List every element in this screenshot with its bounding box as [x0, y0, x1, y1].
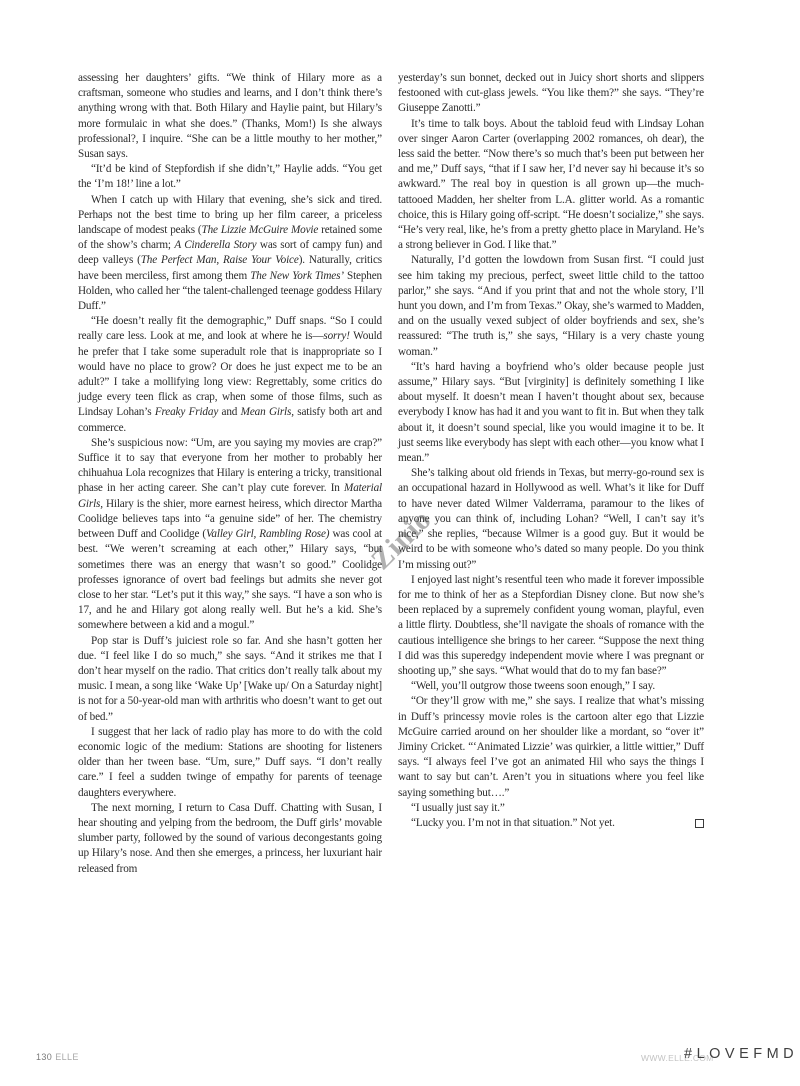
text-run: assessing her daughters’ gifts. “We thin…: [78, 72, 382, 160]
text-run: I enjoyed last night’s resentful teen wh…: [398, 574, 704, 677]
text-run: I suggest that her lack of radio play ha…: [78, 726, 382, 799]
article-paragraph: When I catch up with Hilary that evening…: [78, 193, 382, 315]
text-run: It’s time to talk boys. About the tabloi…: [398, 118, 704, 252]
article-paragraph: “It’d be kind of Stepfordish if she didn…: [78, 162, 382, 192]
italic-text-run: Valley Girl, Rambling Rose): [206, 528, 329, 540]
article-paragraph: “I usually just say it.”: [398, 801, 704, 816]
italic-text-run: Mean Girls,: [241, 406, 294, 418]
text-run: The next morning, I return to Casa Duff.…: [78, 802, 382, 875]
article-paragraph: I suggest that her lack of radio play ha…: [78, 725, 382, 801]
article-paragraph: yesterday’s sun bonnet, decked out in Ju…: [398, 71, 704, 117]
text-run: “It’d be kind of Stepfordish if she didn…: [78, 163, 382, 190]
article-paragraph: “He doesn’t really fit the demographic,”…: [78, 314, 382, 436]
text-run: “Or they’ll grow with me,” she says. I r…: [398, 695, 704, 798]
text-run: Pop star is Duff’s juiciest role so far.…: [78, 635, 382, 723]
text-run: “Well, you’ll outgrow those tweens soon …: [411, 680, 655, 692]
article-paragraph: “It’s hard having a boyfriend who’s olde…: [398, 360, 704, 466]
text-run: and: [218, 406, 241, 418]
italic-text-run: Freaky Friday: [155, 406, 218, 418]
footer-hashtag: #LOVEFMD: [684, 1046, 798, 1062]
article-paragraph: The next morning, I return to Casa Duff.…: [78, 801, 382, 877]
article-paragraph: I enjoyed last night’s resentful teen wh…: [398, 573, 704, 679]
magazine-page: assessing her daughters’ gifts. “We thin…: [0, 0, 800, 1086]
footer-folio-left: 130ELLE: [36, 1052, 79, 1062]
text-run: She’s suspicious now: “Um, are you sayin…: [78, 437, 382, 495]
article-paragraph: “Well, you’ll outgrow those tweens soon …: [398, 679, 704, 694]
article-paragraph: “Lucky you. I’m not in that situation.” …: [398, 816, 704, 831]
magazine-brand: ELLE: [55, 1052, 79, 1062]
text-run: was cool at best. “We weren’t screaming …: [78, 528, 382, 631]
page-number: 130: [36, 1052, 52, 1062]
text-run: “I usually just say it.”: [411, 802, 505, 814]
article-paragraph: She’s talking about old friends in Texas…: [398, 466, 704, 572]
text-run: She’s talking about old friends in Texas…: [398, 467, 704, 570]
text-run: “It’s hard having a boyfriend who’s olde…: [398, 361, 704, 464]
italic-text-run: sorry!: [323, 330, 349, 342]
italic-text-run: The Lizzie McGuire Movie: [202, 224, 319, 236]
end-of-article-square-icon: [695, 819, 704, 828]
italic-text-run: A Cinderella Story: [174, 239, 256, 251]
article-paragraph: assessing her daughters’ gifts. “We thin…: [78, 71, 382, 162]
text-run: “Lucky you. I’m not in that situation.” …: [411, 817, 615, 829]
article-paragraph: Naturally, I’d gotten the lowdown from S…: [398, 253, 704, 359]
article-paragraph: “Or they’ll grow with me,” she says. I r…: [398, 694, 704, 800]
italic-text-run: The Perfect Man, Raise Your Voice: [141, 254, 299, 266]
text-run: yesterday’s sun bonnet, decked out in Ju…: [398, 72, 704, 114]
article-column-left: assessing her daughters’ gifts. “We thin…: [78, 71, 382, 877]
text-run: Naturally, I’d gotten the lowdown from S…: [398, 254, 704, 357]
article-paragraph: She’s suspicious now: “Um, are you sayin…: [78, 436, 382, 634]
article-paragraph: Pop star is Duff’s juiciest role so far.…: [78, 634, 382, 725]
italic-text-run: The New York Times’: [250, 270, 344, 282]
article-column-right: yesterday’s sun bonnet, decked out in Ju…: [398, 71, 704, 831]
article-paragraph: It’s time to talk boys. About the tabloi…: [398, 117, 704, 254]
